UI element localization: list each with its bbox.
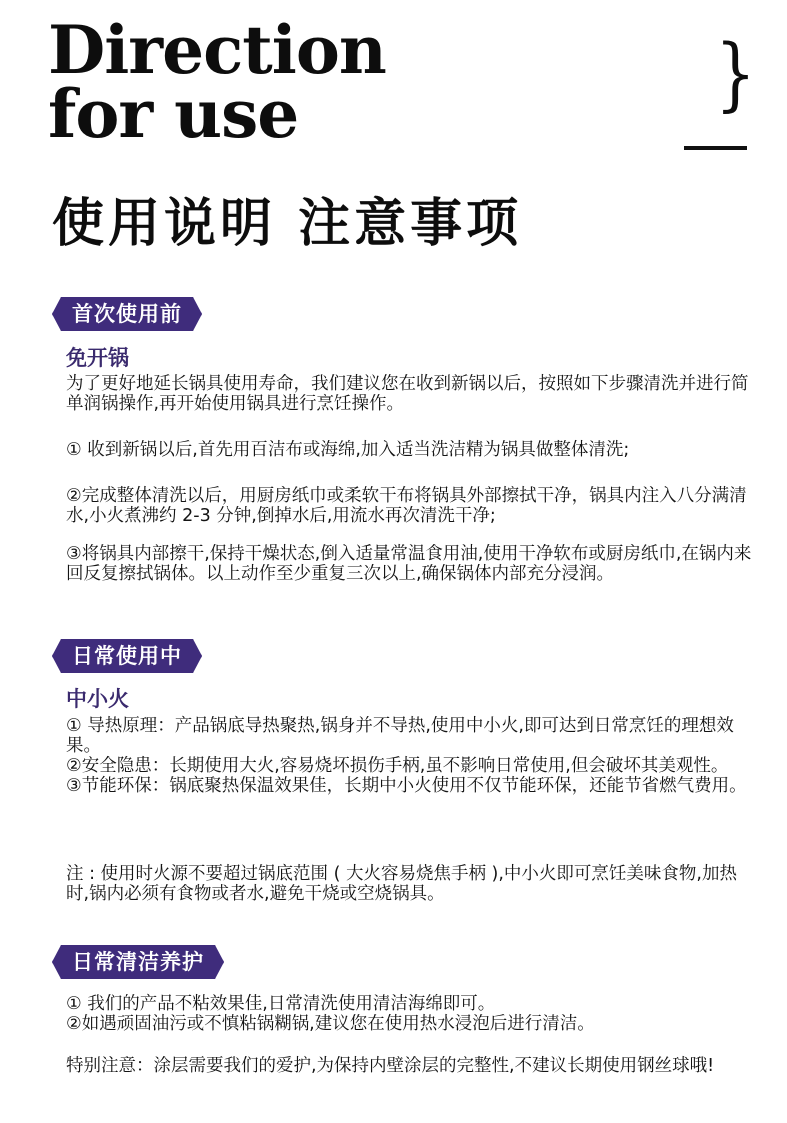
english-title-line-1: Direction xyxy=(48,18,386,82)
section-badge-daily-cleaning: 日常清洁养护 xyxy=(52,945,224,979)
section-badge-before-first-use: 首次使用前 xyxy=(52,297,202,331)
paragraph-note: 注 : 使用时火源不要超过锅底范围 ( 大火容易烧焦手柄 ),中小火即可烹饪美味… xyxy=(66,864,756,904)
decorative-rule xyxy=(684,146,747,150)
chinese-title: 使用说明 注意事项 xyxy=(52,192,522,256)
paragraph-heat-tips: ① 导热原理：产品锅底导热聚热,锅身并不导热,使用中小火,即可达到日常烹饪的理想… xyxy=(66,716,756,796)
section-badge-daily-use: 日常使用中 xyxy=(52,639,202,673)
brace-icon: } xyxy=(715,34,756,114)
paragraph-cleaning: ① 我们的产品不粘效果佳,日常清洗使用清洁海绵即可。 ②如遇顽固油污或不慎粘锅糊… xyxy=(66,994,756,1034)
subheading-medium-low-heat: 中小火 xyxy=(66,686,129,712)
paragraph-step-2: ②完成整体清洗以后，用厨房纸巾或柔软干布将锅具外部擦拭干净，锅具内注入八分满清水… xyxy=(66,486,756,526)
english-title-line-2: for use xyxy=(48,82,386,146)
subheading-no-seasoning: 免开锅 xyxy=(66,345,129,371)
paragraph-special-note: 特别注意：涂层需要我们的爱护,为保持内壁涂层的完整性,不建议长期使用钢丝球哦! xyxy=(66,1056,756,1076)
paragraph-step-1: ① 收到新锅以后,首先用百洁布或海绵,加入适当洗洁精为锅具做整体清洗; xyxy=(66,440,756,460)
english-title: Direction for use xyxy=(48,18,386,146)
paragraph-intro: 为了更好地延长锅具使用寿命，我们建议您在收到新锅以后，按照如下步骤清洗并进行简单… xyxy=(66,374,756,414)
paragraph-step-3: ③将锅具内部擦干,保持干燥状态,倒入适量常温食用油,使用干净软布或厨房纸巾,在锅… xyxy=(66,544,756,584)
